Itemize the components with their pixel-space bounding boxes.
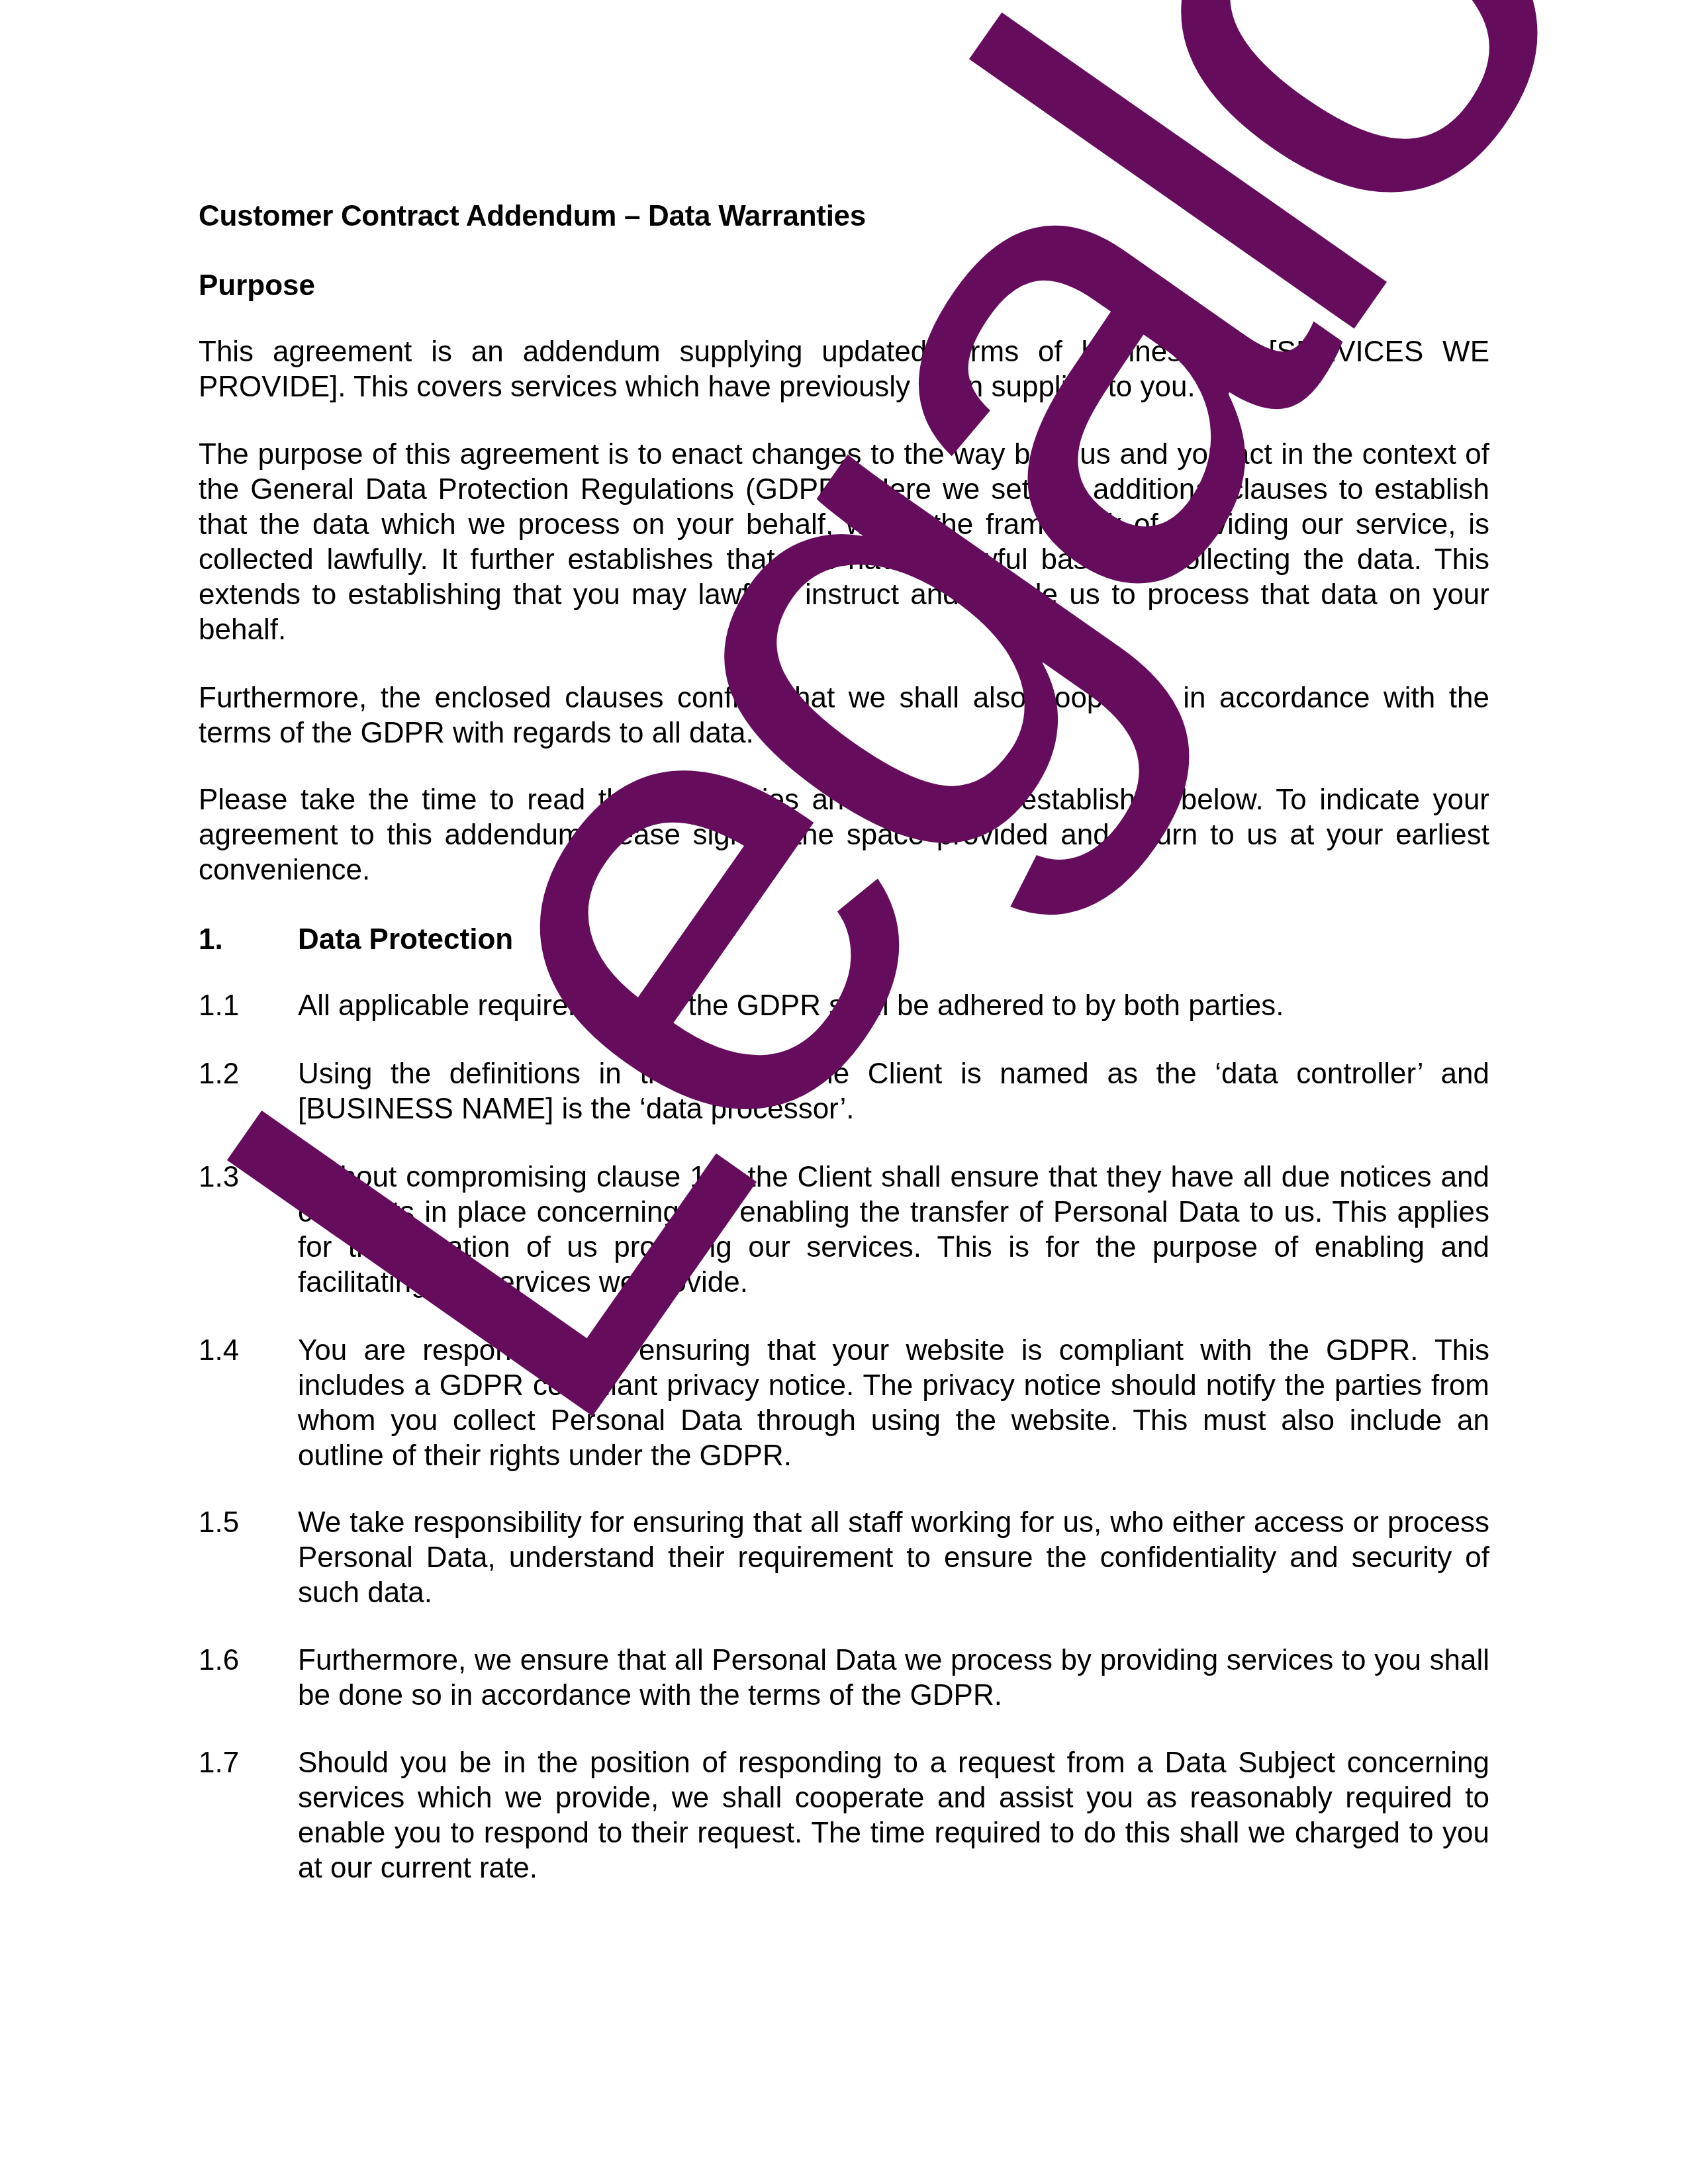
purpose-paragraph: Please take the time to read the indemni… [199, 782, 1489, 887]
clause-1-6: 1.6 Furthermore, we ensure that all Pers… [199, 1643, 1489, 1713]
clause-text: You are responsible for ensuring that yo… [298, 1333, 1489, 1473]
purpose-heading: Purpose [199, 269, 315, 302]
clause-text: All applicable requirements of the GDPR … [298, 988, 1489, 1023]
clause-text: Without compromising clause 1.1, the Cli… [298, 1160, 1489, 1300]
clause-1-1: 1.1 All applicable requirements of the G… [199, 988, 1489, 1023]
clause-number: 1.2 [199, 1056, 239, 1091]
clause-text: Furthermore, we ensure that all Personal… [298, 1643, 1489, 1713]
clause-text: We take responsibility for ensuring that… [298, 1505, 1489, 1610]
section-title: Data Protection [298, 923, 513, 956]
clause-1-5: 1.5 We take responsibility for ensuring … [199, 1505, 1489, 1610]
clause-number: 1.5 [199, 1505, 239, 1540]
clause-number: 1.1 [199, 988, 239, 1023]
clause-text: Should you be in the position of respond… [298, 1745, 1489, 1886]
purpose-paragraph: Furthermore, the enclosed clauses confir… [199, 680, 1489, 751]
purpose-paragraph: The purpose of this agreement is to enac… [199, 437, 1489, 647]
clause-1-2: 1.2 Using the definitions in the GDPR, t… [199, 1056, 1489, 1126]
clause-1-4: 1.4 You are responsible for ensuring tha… [199, 1333, 1489, 1473]
purpose-paragraph: This agreement is an addendum supplying … [199, 334, 1489, 404]
document-title: Customer Contract Addendum – Data Warran… [199, 200, 866, 233]
clause-number: 1.3 [199, 1160, 239, 1195]
clause-number: 1.7 [199, 1745, 239, 1780]
clause-1-3: 1.3 Without compromising clause 1.1, the… [199, 1160, 1489, 1300]
clause-number: 1.6 [199, 1643, 239, 1678]
clause-1-7: 1.7 Should you be in the position of res… [199, 1745, 1489, 1886]
clause-text: Using the definitions in the GDPR, the C… [298, 1056, 1489, 1126]
clause-number: 1.4 [199, 1333, 239, 1368]
section-number: 1. [199, 923, 223, 956]
